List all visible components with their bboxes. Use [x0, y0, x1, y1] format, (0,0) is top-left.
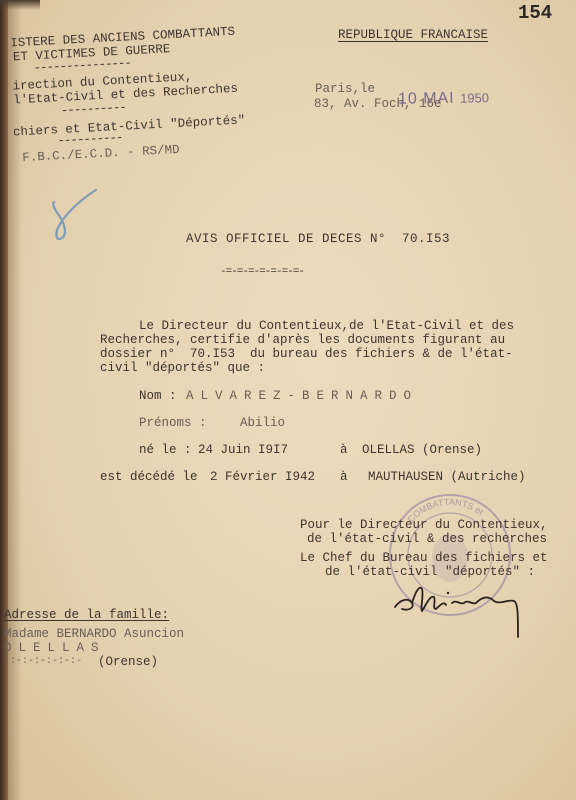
family-town: OLELLAS: [4, 641, 106, 655]
ministry-header: ISTERE DES ANCIENS COMBATTANTS ET VICTIM…: [0, 0, 308, 170]
body-line-4: civil "déportés" que :: [100, 361, 265, 375]
prenoms-label: Prénoms :: [139, 416, 207, 430]
death-at: à: [340, 470, 348, 484]
death-date: 2 Février I942: [210, 470, 315, 484]
death-label: est décédé le: [100, 470, 198, 484]
bureau-line: chiers et Etat-Civil "Déportés": [13, 113, 246, 139]
family-heading: Adresse de la famille:: [4, 608, 169, 622]
body-line-3: dossier n° 70.I53 du bureau des fichiers…: [100, 347, 513, 361]
date-stamp-day-month: 10 MAI: [398, 90, 455, 108]
handwritten-signature-icon: [390, 575, 530, 645]
pencil-mark-icon: [48, 186, 103, 246]
body-line-1: Le Directeur du Contentieux,de l'Etat-Ci…: [139, 319, 514, 333]
republic-heading: REPUBLIQUE FRANCAISE: [338, 28, 488, 42]
family-name: Madame BERNARDO Asuncion: [4, 627, 184, 641]
date-stamp: 10 MAI 1950: [398, 89, 489, 109]
death-place: MAUTHAUSEN (Autriche): [368, 470, 526, 484]
signature-line-1: Pour le Directeur du Contentieux,: [300, 518, 548, 532]
body-line-2: Recherches, certifie d'après les documen…: [100, 333, 505, 347]
document-title: AVIS OFFICIEL DE DECES N° 70.I53: [186, 232, 450, 246]
family-region: (Orense): [98, 655, 158, 669]
place-line: Paris,le: [315, 82, 375, 96]
page-number: 154: [518, 2, 552, 24]
separator: ----------: [61, 101, 127, 118]
birth-place: OLELLAS (Orense): [362, 443, 482, 457]
nom-label: Nom :: [139, 389, 177, 403]
signature-line-2: de l'état-civil & des recherches: [307, 532, 547, 546]
date-stamp-year: 1950: [460, 90, 489, 106]
nom-value: ALVAREZ-BERNARDO: [186, 389, 418, 403]
signature-line-3: Le Chef du Bureau des fichiers et: [300, 551, 548, 565]
title-separator: -=-=-=-=-=-=-=-: [220, 265, 304, 279]
prenoms-value: Abilio: [240, 416, 285, 430]
birth-at: à: [340, 443, 348, 457]
reference-code: F.B.C./E.C.D. - RS/MD: [22, 143, 180, 165]
birth-label: né le :: [139, 443, 192, 457]
birth-date: 24 Juin I9I7: [198, 443, 288, 457]
family-region-prefix: -:-:-:-:-:-:-: [4, 655, 82, 669]
